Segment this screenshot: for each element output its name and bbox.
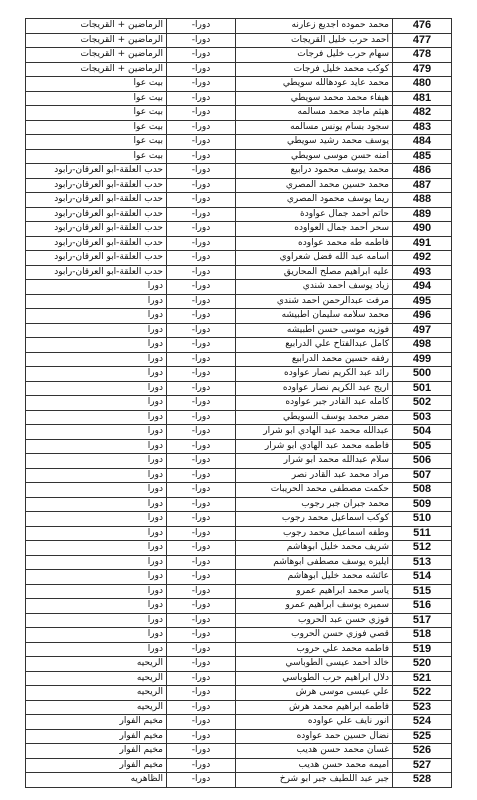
row-area: الرماضين + القريجات: [26, 48, 167, 63]
row-city: دورا-: [167, 483, 236, 498]
row-area: حدب العلقة-ابو العرقان-رابود: [26, 164, 167, 179]
row-area: دورا: [26, 381, 167, 396]
table-row: 488ريما يوسف محمود المصريدورا-حدب العلقة…: [26, 193, 452, 208]
row-number: 515: [393, 584, 452, 599]
row-number: 507: [393, 468, 452, 483]
row-number: 480: [393, 77, 452, 92]
row-area: دورا: [26, 396, 167, 411]
row-area: دورا: [26, 280, 167, 295]
row-city: دورا-: [167, 671, 236, 686]
row-city: دورا-: [167, 773, 236, 788]
table-row: 517فوزي حسن عبد الحروبدورا-دورا: [26, 613, 452, 628]
row-city: دورا-: [167, 193, 236, 208]
row-name: ريما يوسف محمود المصري: [236, 193, 393, 208]
row-number: 496: [393, 309, 452, 324]
table-row: 524انور نايف علي عواودهدورا-مخيم الفوار: [26, 715, 452, 730]
row-number: 505: [393, 439, 452, 454]
row-name: نضال حسين حمد عواوده: [236, 729, 393, 744]
table-row: 499رفقه حسين محمد الدرابيعدورا-دورا: [26, 352, 452, 367]
row-number: 498: [393, 338, 452, 353]
row-number: 502: [393, 396, 452, 411]
row-area: مخيم الفوار: [26, 715, 167, 730]
row-name: هيفاء محمد محمد سويطي: [236, 91, 393, 106]
row-name: عليه ابراهيم مصلح المحاريق: [236, 265, 393, 280]
row-number: 499: [393, 352, 452, 367]
row-area: الرماضين + القريجات: [26, 33, 167, 48]
row-name: علي عيسى موسى هرش: [236, 686, 393, 701]
table-row: 504عبدالله محمد عبد الهادي ابو شراردورا-…: [26, 425, 452, 440]
row-area: حدب العلقة-ابو العرقان-رابود: [26, 251, 167, 266]
row-name: اريج عبد الكريم نصار عواوده: [236, 381, 393, 396]
row-area: دورا: [26, 454, 167, 469]
row-area: دورا: [26, 642, 167, 657]
row-number: 489: [393, 207, 452, 222]
table-row: 495مرفت عبدالرحمن احمد شنديدورا-دورا: [26, 294, 452, 309]
table-row: 482هيثم ماجد محمد مسالمهدورا-بيت عوا: [26, 106, 452, 121]
row-name: زياد يوسف احمد شندي: [236, 280, 393, 295]
row-name: محمد عايد عودهالله سويطي: [236, 77, 393, 92]
row-city: دورا-: [167, 62, 236, 77]
table-row: 493عليه ابراهيم مصلح المحاريقدورا-حدب ال…: [26, 265, 452, 280]
row-number: 504: [393, 425, 452, 440]
row-number: 501: [393, 381, 452, 396]
row-name: رفقه حسين محمد الدرابيع: [236, 352, 393, 367]
row-city: دورا-: [167, 599, 236, 614]
row-name: محمد حسين محمد المصري: [236, 178, 393, 193]
row-name: سحر أحمد جمال العواوده: [236, 222, 393, 237]
row-area: دورا: [26, 628, 167, 643]
table-row: 510كوكب اسماعيل محمد رجوبدورا-دورا: [26, 512, 452, 527]
row-city: دورا-: [167, 120, 236, 135]
row-number: 519: [393, 642, 452, 657]
row-city: دورا-: [167, 338, 236, 353]
row-city: دورا-: [167, 541, 236, 556]
row-name: سلام عبدالله محمد ابو شرار: [236, 454, 393, 469]
row-name: أحمد حرب خليل القريجات: [236, 33, 393, 48]
row-number: 516: [393, 599, 452, 614]
row-area: دورا: [26, 497, 167, 512]
table-row: 478سهام حرب خليل فرجاتدورا-الرماضين + ال…: [26, 48, 452, 63]
row-city: دورا-: [167, 410, 236, 425]
row-number: 493: [393, 265, 452, 280]
row-city: دورا-: [167, 570, 236, 585]
row-number: 485: [393, 149, 452, 164]
row-area: دورا: [26, 367, 167, 382]
table-row: 484يوسف محمد رشيد سويطيدورا-بيت عوا: [26, 135, 452, 150]
row-area: دورا: [26, 309, 167, 324]
row-number: 495: [393, 294, 452, 309]
row-number: 476: [393, 19, 452, 34]
table-row: 485امنه حسن موسى سويطيدورا-بيت عوا: [26, 149, 452, 164]
row-city: دورا-: [167, 19, 236, 34]
row-number: 482: [393, 106, 452, 121]
table-row: 489حاتم أحمد جمال عواودةدورا-حدب العلقة-…: [26, 207, 452, 222]
row-area: دورا: [26, 599, 167, 614]
row-name: جبر عبد اللطيف جبر ابو شرخ: [236, 773, 393, 788]
row-area: بيت عوا: [26, 91, 167, 106]
row-name: اميمه محمد حسن هديب: [236, 758, 393, 773]
table-row: 501اريج عبد الكريم نصار عواودهدورا-دورا: [26, 381, 452, 396]
table-row: 491فاطمه طه محمد عواودهدورا-حدب العلقة-ا…: [26, 236, 452, 251]
row-city: دورا-: [167, 265, 236, 280]
table-row: 527اميمه محمد حسن هديبدورا-مخيم الفوار: [26, 758, 452, 773]
row-number: 513: [393, 555, 452, 570]
row-number: 517: [393, 613, 452, 628]
row-name: سهام حرب خليل فرجات: [236, 48, 393, 63]
row-city: دورا-: [167, 628, 236, 643]
row-name: محمد جبران جبر رجوب: [236, 497, 393, 512]
row-name: وطفه اسماعيل محمد رجوب: [236, 526, 393, 541]
row-city: دورا-: [167, 526, 236, 541]
row-area: حدب العلقة-ابو العرقان-رابود: [26, 207, 167, 222]
row-number: 503: [393, 410, 452, 425]
row-city: دورا-: [167, 729, 236, 744]
table-row: 486محمد يوسف محمود درابيعدورا-حدب العلقة…: [26, 164, 452, 179]
table-row: 516سميره يوسف ابراهيم عمرودورا-دورا: [26, 599, 452, 614]
row-city: دورا-: [167, 323, 236, 338]
row-area: دورا: [26, 410, 167, 425]
row-name: انور نايف علي عواوده: [236, 715, 393, 730]
table-row: 513ايليزه يوسف مصطفى ابوهاشمدورا-دورا: [26, 555, 452, 570]
row-area: دورا: [26, 323, 167, 338]
table-row: 476محمد حموده اجديع زعارنهدورا-الرماضين …: [26, 19, 452, 34]
row-name: فوزي حسن عبد الحروب: [236, 613, 393, 628]
row-name: شريف محمد خليل ابوهاشم: [236, 541, 393, 556]
table-row: 496محمد سلامه سليمان اطبيشهدورا-دورا: [26, 309, 452, 324]
row-name: عبدالله محمد عبد الهادي ابو شرار: [236, 425, 393, 440]
beneficiaries-table: 476محمد حموده اجديع زعارنهدورا-الرماضين …: [25, 18, 452, 788]
row-area: دورا: [26, 483, 167, 498]
row-number: 488: [393, 193, 452, 208]
row-area: حدب العلقة-ابو العرقان-رابود: [26, 178, 167, 193]
row-number: 477: [393, 33, 452, 48]
row-city: دورا-: [167, 77, 236, 92]
row-area: حدب العلقة-ابو العرقان-رابود: [26, 236, 167, 251]
row-number: 492: [393, 251, 452, 266]
table-row: 492اسامه عبد الله فضل شعراويدورا-حدب الع…: [26, 251, 452, 266]
row-city: دورا-: [167, 251, 236, 266]
row-number: 518: [393, 628, 452, 643]
row-area: دورا: [26, 613, 167, 628]
row-city: دورا-: [167, 657, 236, 672]
row-number: 524: [393, 715, 452, 730]
row-area: دورا: [26, 541, 167, 556]
table-row: 490سحر أحمد جمال العواودهدورا-حدب العلقة…: [26, 222, 452, 237]
table-row: 522علي عيسى موسى هرشدورا-الريحيه: [26, 686, 452, 701]
table-row: 528جبر عبد اللطيف جبر ابو شرخدورا-الظاهر…: [26, 773, 452, 788]
row-area: بيت عوا: [26, 77, 167, 92]
row-number: 509: [393, 497, 452, 512]
row-number: 525: [393, 729, 452, 744]
row-name: ياسر محمد ابراهيم عمرو: [236, 584, 393, 599]
row-number: 514: [393, 570, 452, 585]
row-name: يوسف محمد رشيد سويطي: [236, 135, 393, 150]
row-area: مخيم الفوار: [26, 758, 167, 773]
row-number: 506: [393, 454, 452, 469]
row-number: 491: [393, 236, 452, 251]
table-row: 481هيفاء محمد محمد سويطيدورا-بيت عوا: [26, 91, 452, 106]
row-city: دورا-: [167, 497, 236, 512]
row-city: دورا-: [167, 425, 236, 440]
row-city: دورا-: [167, 613, 236, 628]
row-city: دورا-: [167, 744, 236, 759]
row-number: 490: [393, 222, 452, 237]
row-number: 520: [393, 657, 452, 672]
row-city: دورا-: [167, 715, 236, 730]
row-number: 479: [393, 62, 452, 77]
row-name: دلال ابراهيم حرب الطوباسي: [236, 671, 393, 686]
row-city: دورا-: [167, 439, 236, 454]
row-name: مضر محمد يوسف السويطي: [236, 410, 393, 425]
row-name: هيثم ماجد محمد مسالمه: [236, 106, 393, 121]
table-row: 502كامله عبد القادر جبر عواودهدورا-دورا: [26, 396, 452, 411]
row-number: 521: [393, 671, 452, 686]
table-row: 477أحمد حرب خليل القريجاتدورا-الرماضين +…: [26, 33, 452, 48]
row-area: الرماضين + القريجات: [26, 62, 167, 77]
row-number: 497: [393, 323, 452, 338]
table-row: 498كامل عبدالفتاح علي الدرابيعدورا-دورا: [26, 338, 452, 353]
row-name: محمد سلامه سليمان اطبيشه: [236, 309, 393, 324]
row-city: دورا-: [167, 91, 236, 106]
row-number: 528: [393, 773, 452, 788]
row-city: دورا-: [167, 135, 236, 150]
row-area: بيت عوا: [26, 149, 167, 164]
row-number: 511: [393, 526, 452, 541]
row-number: 510: [393, 512, 452, 527]
table-row: 518قصي فوزي حسن الحروبدورا-دورا: [26, 628, 452, 643]
row-city: دورا-: [167, 700, 236, 715]
row-area: الريحيه: [26, 686, 167, 701]
row-name: قصي فوزي حسن الحروب: [236, 628, 393, 643]
row-city: دورا-: [167, 758, 236, 773]
row-city: دورا-: [167, 584, 236, 599]
row-city: دورا-: [167, 294, 236, 309]
table-row: 508حكمت مصطفى محمد الحريباتدورا-دورا: [26, 483, 452, 498]
row-name: سجود بسام يونس مسالمه: [236, 120, 393, 135]
row-city: دورا-: [167, 396, 236, 411]
row-city: دورا-: [167, 178, 236, 193]
row-area: دورا: [26, 468, 167, 483]
row-number: 484: [393, 135, 452, 150]
table-row: 497فوزيه موسى حسن اطبيشهدورا-دورا: [26, 323, 452, 338]
row-name: امنه حسن موسى سويطي: [236, 149, 393, 164]
row-city: دورا-: [167, 309, 236, 324]
row-city: دورا-: [167, 280, 236, 295]
row-area: الريحيه: [26, 671, 167, 686]
row-name: سميره يوسف ابراهيم عمرو: [236, 599, 393, 614]
row-area: مخيم الفوار: [26, 729, 167, 744]
row-area: دورا: [26, 439, 167, 454]
row-area: بيت عوا: [26, 135, 167, 150]
row-number: 478: [393, 48, 452, 63]
row-name: محمد يوسف محمود درابيع: [236, 164, 393, 179]
table-row: 505فاطمه محمد عبد الهادي ابو شراردورا-دو…: [26, 439, 452, 454]
row-number: 481: [393, 91, 452, 106]
row-area: دورا: [26, 352, 167, 367]
row-city: دورا-: [167, 164, 236, 179]
row-area: مخيم الفوار: [26, 744, 167, 759]
row-name: فاطمه طه محمد عواوده: [236, 236, 393, 251]
row-area: دورا: [26, 338, 167, 353]
table-row: 514عائشه محمد خليل ابوهاشمدورا-دورا: [26, 570, 452, 585]
row-area: بيت عوا: [26, 106, 167, 121]
row-name: مراد محمد عبد القادر نصر: [236, 468, 393, 483]
row-city: دورا-: [167, 33, 236, 48]
row-number: 522: [393, 686, 452, 701]
row-number: 486: [393, 164, 452, 179]
row-number: 526: [393, 744, 452, 759]
table-row: 507مراد محمد عبد القادر نصردورا-دورا: [26, 468, 452, 483]
row-city: دورا-: [167, 555, 236, 570]
row-city: دورا-: [167, 686, 236, 701]
row-number: 483: [393, 120, 452, 135]
row-name: فوزيه موسى حسن اطبيشه: [236, 323, 393, 338]
row-number: 508: [393, 483, 452, 498]
row-area: حدب العلقة-ابو العرقان-رابود: [26, 222, 167, 237]
table-body: 476محمد حموده اجديع زعارنهدورا-الرماضين …: [26, 19, 452, 788]
table-row: 506سلام عبدالله محمد ابو شراردورا-دورا: [26, 454, 452, 469]
row-name: حكمت مصطفى محمد الحريبات: [236, 483, 393, 498]
row-name: كامل عبدالفتاح علي الدرابيع: [236, 338, 393, 353]
row-name: خالد أحمد عيسى الطوباسي: [236, 657, 393, 672]
row-city: دورا-: [167, 106, 236, 121]
row-city: دورا-: [167, 222, 236, 237]
row-number: 487: [393, 178, 452, 193]
row-city: دورا-: [167, 381, 236, 396]
row-area: حدب العلقة-ابو العرقان-رابود: [26, 193, 167, 208]
row-name: اسامه عبد الله فضل شعراوي: [236, 251, 393, 266]
row-area: دورا: [26, 526, 167, 541]
table-row: 523فاطمه ابراهيم محمد هرشدورا-الريحيه: [26, 700, 452, 715]
row-name: عائشه محمد خليل ابوهاشم: [236, 570, 393, 585]
row-number: 512: [393, 541, 452, 556]
row-name: حاتم أحمد جمال عواودة: [236, 207, 393, 222]
table-row: 503مضر محمد يوسف السويطيدورا-دورا: [26, 410, 452, 425]
row-number: 527: [393, 758, 452, 773]
table-row: 509محمد جبران جبر رجوبدورا-دورا: [26, 497, 452, 512]
table-row: 480محمد عايد عودهالله سويطيدورا-بيت عوا: [26, 77, 452, 92]
row-city: دورا-: [167, 236, 236, 251]
row-area: بيت عوا: [26, 120, 167, 135]
table-row: 479كوكب محمد خليل فرجاتدورا-الرماضين + ا…: [26, 62, 452, 77]
table-row: 483سجود بسام يونس مسالمهدورا-بيت عوا: [26, 120, 452, 135]
row-city: دورا-: [167, 48, 236, 63]
row-city: دورا-: [167, 149, 236, 164]
table-row: 500رائد عبد الكريم نصار عواودهدورا-دورا: [26, 367, 452, 382]
row-name: غسان محمد حسن هديب: [236, 744, 393, 759]
row-area: دورا: [26, 512, 167, 527]
row-area: الظاهريه: [26, 773, 167, 788]
row-name: محمد حموده اجديع زعارنه: [236, 19, 393, 34]
row-name: فاطمه ابراهيم محمد هرش: [236, 700, 393, 715]
row-name: مرفت عبدالرحمن احمد شندي: [236, 294, 393, 309]
row-city: دورا-: [167, 207, 236, 222]
table-row: 487محمد حسين محمد المصريدورا-حدب العلقة-…: [26, 178, 452, 193]
row-name: فاطمه محمد عبد الهادي ابو شرار: [236, 439, 393, 454]
table-row: 519فاطمه محمد علي حروبدورا-دورا: [26, 642, 452, 657]
row-area: دورا: [26, 584, 167, 599]
row-city: دورا-: [167, 642, 236, 657]
row-city: دورا-: [167, 454, 236, 469]
row-name: كوكب محمد خليل فرجات: [236, 62, 393, 77]
row-city: دورا-: [167, 352, 236, 367]
row-name: رائد عبد الكريم نصار عواوده: [236, 367, 393, 382]
row-city: دورا-: [167, 512, 236, 527]
row-area: الريحيه: [26, 657, 167, 672]
row-number: 523: [393, 700, 452, 715]
table-row: 512شريف محمد خليل ابوهاشمدورا-دورا: [26, 541, 452, 556]
row-name: فاطمه محمد علي حروب: [236, 642, 393, 657]
table-row: 511وطفه اسماعيل محمد رجوبدورا-دورا: [26, 526, 452, 541]
row-city: دورا-: [167, 367, 236, 382]
row-number: 500: [393, 367, 452, 382]
table-row: 520خالد أحمد عيسى الطوباسيدورا-الريحيه: [26, 657, 452, 672]
row-area: دورا: [26, 570, 167, 585]
row-name: كوكب اسماعيل محمد رجوب: [236, 512, 393, 527]
row-area: دورا: [26, 425, 167, 440]
table-row: 526غسان محمد حسن هديبدورا-مخيم الفوار: [26, 744, 452, 759]
table-row: 521دلال ابراهيم حرب الطوباسيدورا-الريحيه: [26, 671, 452, 686]
row-area: حدب العلقة-ابو العرقان-رابود: [26, 265, 167, 280]
row-number: 494: [393, 280, 452, 295]
row-name: كامله عبد القادر جبر عواوده: [236, 396, 393, 411]
row-city: دورا-: [167, 468, 236, 483]
row-area: الرماضين + القريجات: [26, 19, 167, 34]
row-area: دورا: [26, 555, 167, 570]
table-row: 494زياد يوسف احمد شنديدورا-دورا: [26, 280, 452, 295]
row-area: دورا: [26, 294, 167, 309]
row-area: الريحيه: [26, 700, 167, 715]
table-row: 515ياسر محمد ابراهيم عمرودورا-دورا: [26, 584, 452, 599]
table-row: 525نضال حسين حمد عواودهدورا-مخيم الفوار: [26, 729, 452, 744]
row-name: ايليزه يوسف مصطفى ابوهاشم: [236, 555, 393, 570]
